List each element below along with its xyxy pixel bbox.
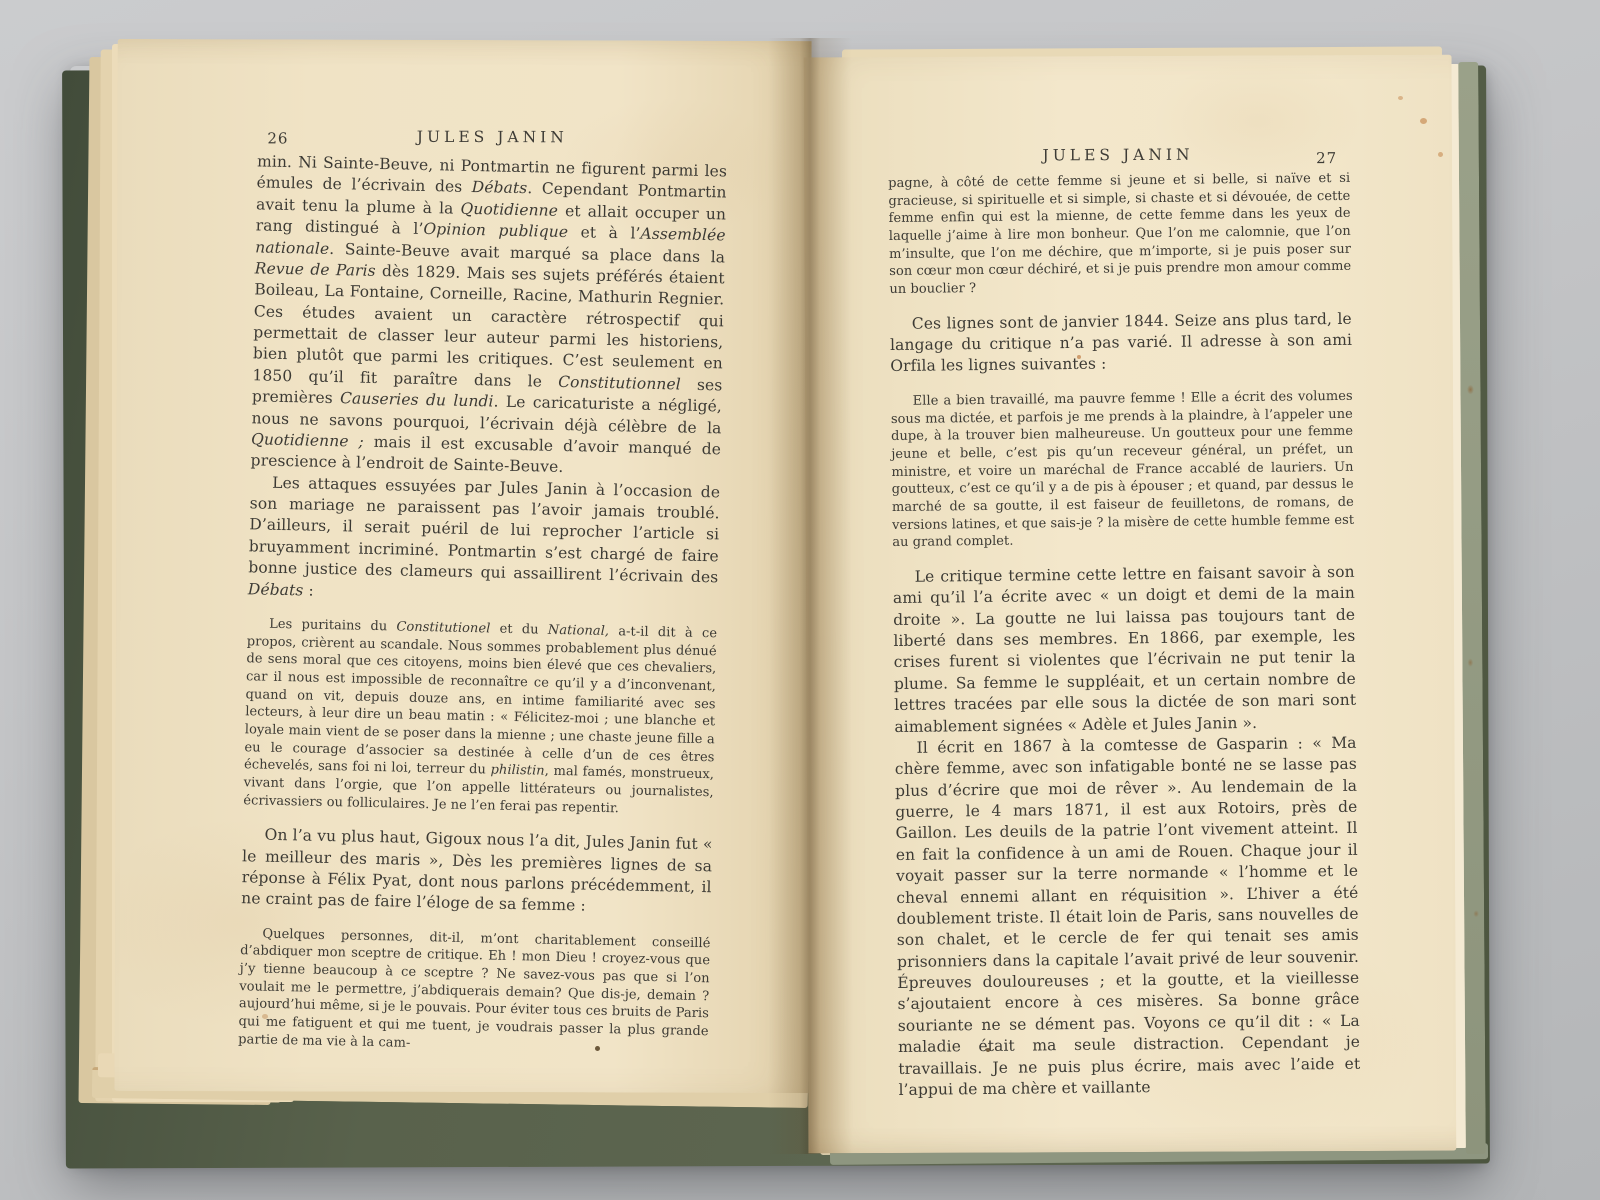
text-run: et du [490,621,548,637]
paragraph: Elle a bien travaillé, ma pauvre femme !… [891,388,1355,552]
paragraph: Le critique termine cette lettre en fais… [893,562,1357,738]
text-run: Les puritains du [269,617,397,635]
italic-text-run: philistin [490,763,544,779]
right-page: JULES JANIN 27 pagne, à côté de cette fe… [804,55,1457,1154]
italic-text-run: Constitutionnel [558,373,681,394]
book-photo: 26 JULES JANIN min. Ni Sainte-Beuve, ni … [0,0,1600,1200]
text-run: : [303,581,314,599]
italic-text-run: Débats [472,178,528,197]
paragraph: Quelques personnes, dit-il, m’ont charit… [238,925,711,1059]
italic-text-run: Revue de Paris [255,259,376,280]
left-page: 26 JULES JANIN min. Ni Sainte-Beuve, ni … [114,39,811,1093]
paragraph: Ces lignes sont de janvier 1844. Seize a… [890,309,1353,378]
running-header-right: JULES JANIN [888,145,1348,165]
left-page-text: min. Ni Sainte-Beuve, ni Pontmartin ne f… [238,151,727,1058]
italic-text-run: Quotidienne [460,199,558,219]
page-number-right: 27 [1316,149,1337,167]
text-run: Le critique termine cette lettre en fais… [893,563,1356,736]
italic-text-run: Quotidienne ; [251,430,364,450]
text-run: Elle a bien travaillé, ma pauvre femme !… [891,389,1354,551]
text-run: pagne, à côté de cette femme si jeune et… [888,171,1351,297]
text-run: a-t-il dit à ce propos, crièrent au scan… [244,624,717,778]
paragraph: Les puritains du Constitutionel et du Na… [243,615,717,819]
paragraph: Il écrit en 1867 à la comtesse de Gaspar… [895,733,1361,1102]
italic-text-run: Opinion publique [423,220,568,241]
right-page-text: pagne, à côté de cette femme si jeune et… [888,170,1360,1101]
text-run: Ces lignes sont de janvier 1844. Seize a… [890,310,1352,376]
running-header-left: JULES JANIN [257,127,727,146]
paragraph: pagne, à côté de cette femme si jeune et… [888,170,1351,299]
italic-text-run: Débats [248,580,304,599]
text-run: On l’a vu plus haut, Gigoux nous l’a dit… [241,826,713,915]
italic-text-run: National, [548,623,610,639]
text-run: Il écrit en 1867 à la comtesse de Gaspar… [895,734,1361,1099]
text-run: dès 1829. Mais ses sujets préférés étaie… [252,262,725,391]
text-run: Les attaques essuyées par Jules Janin à … [248,473,720,586]
text-run: et à l’ [568,223,641,243]
italic-text-run: Constitutionel [396,619,490,636]
paragraph: On l’a vu plus haut, Gigoux nous l’a dit… [241,824,713,920]
paragraph: min. Ni Sainte-Beuve, ni Pontmartin ne f… [250,151,727,482]
text-run: Quelques personnes, dit-il, m’ont charit… [238,926,710,1050]
italic-text-run: Causeries du lundi [340,389,494,410]
paragraph: Les attaques essuyées par Jules Janin à … [248,472,721,610]
